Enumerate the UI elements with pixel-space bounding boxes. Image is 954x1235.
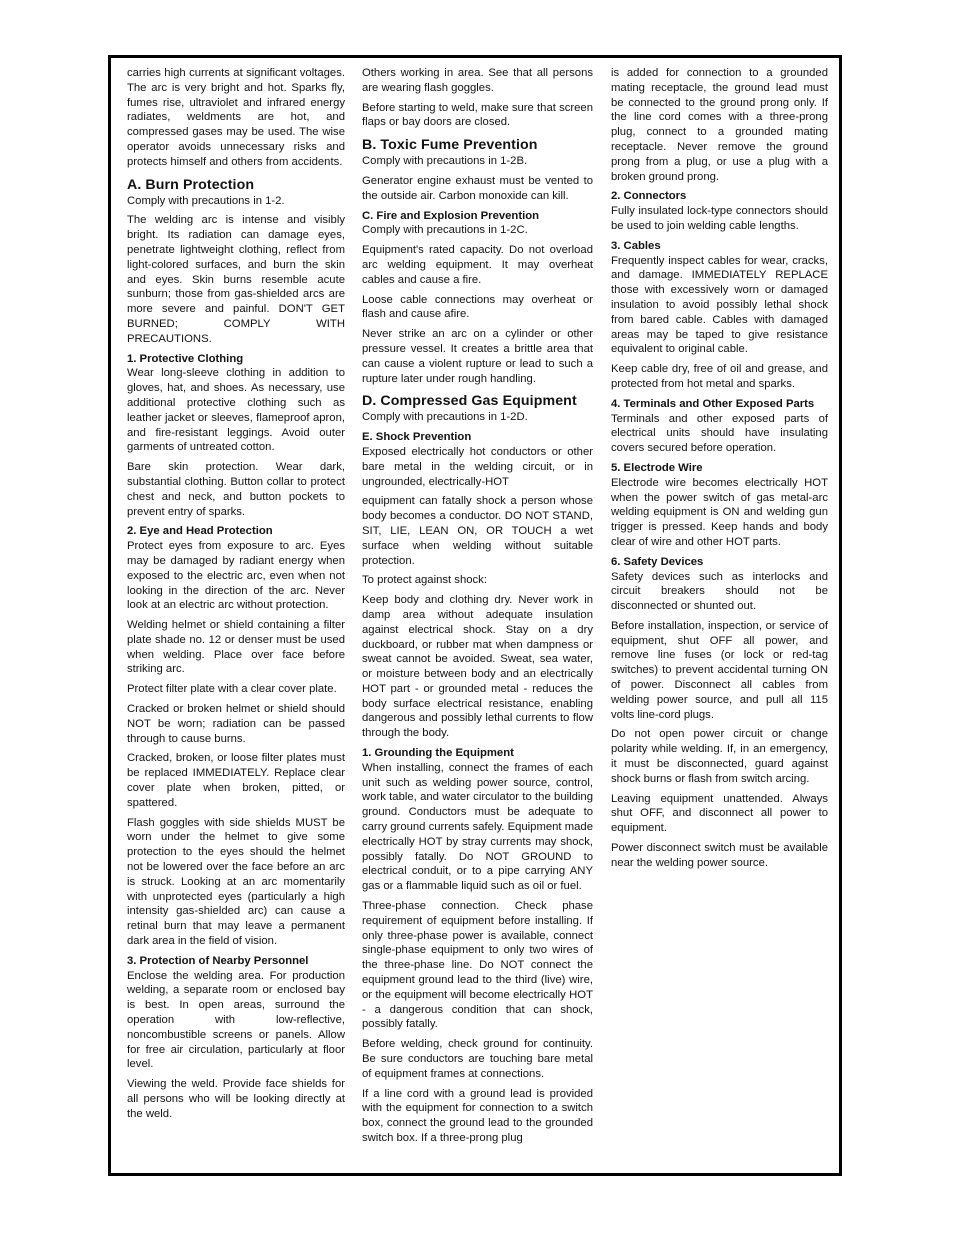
paragraph: If a line cord with a ground lead is pro… [362,1087,593,1146]
paragraph: Enclose the welding area. For production… [127,969,345,1073]
paragraph: Protect eyes from exposure to arc. Eyes … [127,539,345,613]
paragraph: Safety devices such as interlocks and ci… [611,570,828,614]
paragraph: Exposed electrically hot conductors or o… [362,445,593,489]
bordered-text-box: carries high currents at significant vol… [108,55,842,1176]
paragraph: Comply with precautions in 1-2C. [362,223,593,238]
paragraph: Power disconnect switch must be availabl… [611,841,828,871]
document-page: carries high currents at significant vol… [0,0,954,1235]
text-column-2: Others working in area. See that all per… [362,66,593,1173]
paragraph: Keep body and clothing dry. Never work i… [362,593,593,741]
section-heading: E. Shock Prevention [362,430,593,445]
paragraph: To protect against shock: [362,573,593,588]
paragraph: Before welding, check ground for continu… [362,1037,593,1081]
paragraph: Terminals and other exposed parts of ele… [611,412,828,456]
section-heading: 2. Connectors [611,189,828,204]
section-heading: 5. Electrode Wire [611,461,828,476]
section-heading: 1. Grounding the Equipment [362,746,593,761]
paragraph: Keep cable dry, free of oil and grease, … [611,362,828,392]
paragraph: Generator engine exhaust must be vented … [362,174,593,204]
paragraph: Cracked or broken helmet or shield shoul… [127,702,345,746]
text-column-3: is added for connection to a grounded ma… [611,66,828,1173]
section-heading: D. Compressed Gas Equipment [362,393,593,410]
section-heading: 6. Safety Devices [611,555,828,570]
paragraph: is added for connection to a grounded ma… [611,66,828,184]
paragraph: Protect filter plate with a clear cover … [127,682,345,697]
paragraph: Equipment's rated capacity. Do not overl… [362,243,593,287]
paragraph: Bare skin protection. Wear dark, substan… [127,460,345,519]
section-heading: 3. Protection of Nearby Personnel [127,954,345,969]
paragraph: Comply with precautions in 1-2D. [362,410,593,425]
paragraph: Do not open power circuit or change pola… [611,727,828,786]
paragraph: Loose cable connections may overheat or … [362,293,593,323]
section-heading: 2. Eye and Head Protection [127,524,345,539]
paragraph: Before starting to weld, make sure that … [362,101,593,131]
paragraph: When installing, connect the frames of e… [362,761,593,894]
paragraph: Viewing the weld. Provide face shields f… [127,1077,345,1121]
paragraph: Others working in area. See that all per… [362,66,593,96]
paragraph: equipment can fatally shock a person who… [362,494,593,568]
paragraph: The welding arc is intense and visibly b… [127,213,345,346]
text-column-1: carries high currents at significant vol… [127,66,345,1173]
paragraph: Comply with precautions in 1-2B. [362,154,593,169]
paragraph: Welding helmet or shield containing a fi… [127,618,345,677]
section-heading: 1. Protective Clothing [127,352,345,367]
paragraph: Comply with precautions in 1-2. [127,194,345,209]
section-heading: 4. Terminals and Other Exposed Parts [611,397,828,412]
paragraph: Never strike an arc on a cylinder or oth… [362,327,593,386]
section-heading: 3. Cables [611,239,828,254]
paragraph: carries high currents at significant vol… [127,66,345,170]
paragraph: Three-phase connection. Check phase requ… [362,899,593,1032]
paragraph: Electrode wire becomes electrically HOT … [611,476,828,550]
section-heading: A. Burn Protection [127,177,345,194]
paragraph: Frequently inspect cables for wear, crac… [611,254,828,358]
paragraph: Before installation, inspection, or serv… [611,619,828,723]
paragraph: Cracked, broken, or loose filter plates … [127,751,345,810]
paragraph: Flash goggles with side shields MUST be … [127,816,345,949]
section-heading: C. Fire and Explosion Prevention [362,209,593,224]
paragraph: Leaving equipment unattended. Always shu… [611,792,828,836]
paragraph: Fully insulated lock-type connectors sho… [611,204,828,234]
section-heading: B. Toxic Fume Prevention [362,137,593,154]
paragraph: Wear long-sleeve clothing in addition to… [127,366,345,455]
